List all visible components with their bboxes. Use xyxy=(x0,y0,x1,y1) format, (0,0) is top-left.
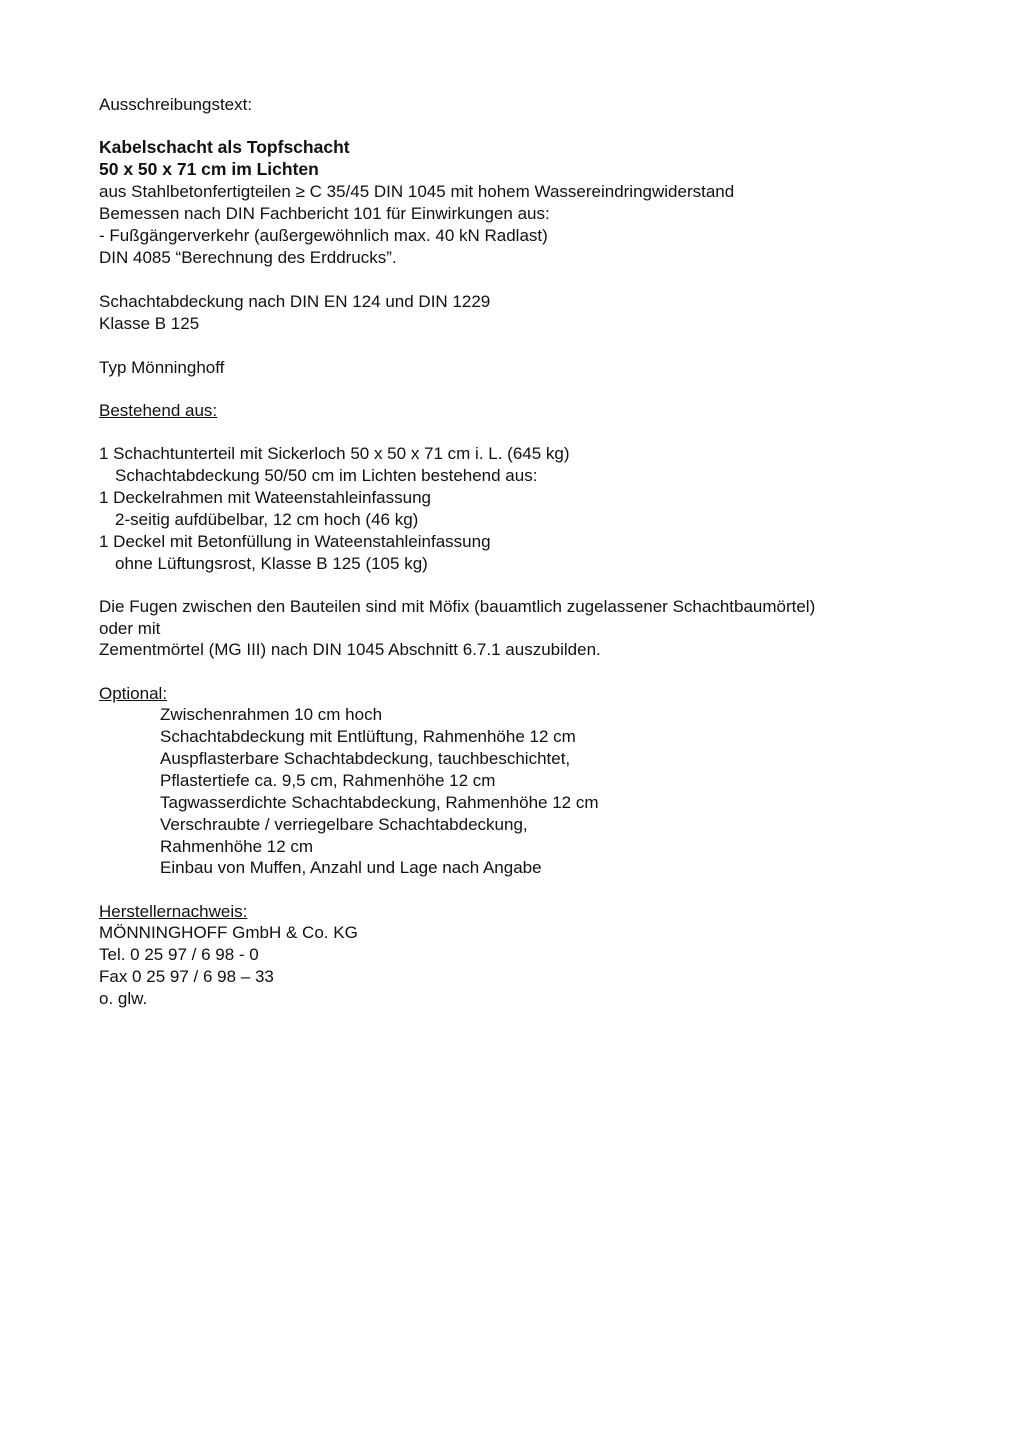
intro-label: Ausschreibungstext: xyxy=(99,94,252,115)
spec-line: aus Stahlbetonfertigteilen ≥ C 35/45 DIN… xyxy=(99,181,734,202)
cover-line: Schachtabdeckung nach DIN EN 124 und DIN… xyxy=(99,291,490,312)
component-line: Schachtabdeckung 50/50 cm im Lichten bes… xyxy=(115,465,537,486)
spec-line: Bemessen nach DIN Fachbericht 101 für Ei… xyxy=(99,203,550,224)
optional-item: Verschraubte / verriegelbare Schachtabde… xyxy=(160,814,528,835)
spec-line: DIN 4085 “Berechnung des Erddrucks”. xyxy=(99,247,397,268)
optional-heading: Optional: xyxy=(99,683,167,704)
joints-line: Die Fugen zwischen den Bauteilen sind mi… xyxy=(99,596,815,617)
joints-line: Zementmörtel (MG III) nach DIN 1045 Absc… xyxy=(99,639,601,660)
optional-item: Zwischenrahmen 10 cm hoch xyxy=(160,704,382,725)
cover-line: Klasse B 125 xyxy=(99,313,199,334)
manufacturer-fax: Fax 0 25 97 / 6 98 – 33 xyxy=(99,966,274,987)
manufacturer-heading: Herstellernachweis: xyxy=(99,901,247,922)
spec-line: - Fußgängerverkehr (außergewöhnlich max.… xyxy=(99,225,548,246)
optional-item: Pflastertiefe ca. 9,5 cm, Rahmenhöhe 12 … xyxy=(160,770,495,791)
document-subtitle: 50 x 50 x 71 cm im Lichten xyxy=(99,159,319,180)
components-heading: Bestehend aus: xyxy=(99,400,217,421)
equivalent-note: o. glw. xyxy=(99,988,147,1009)
optional-item: Einbau von Muffen, Anzahl und Lage nach … xyxy=(160,857,542,878)
optional-item: Rahmenhöhe 12 cm xyxy=(160,836,313,857)
component-line: 1 Deckelrahmen mit Wateenstahleinfassung xyxy=(99,487,431,508)
component-line: 2-seitig aufdübelbar, 12 cm hoch (46 kg) xyxy=(115,509,418,530)
joints-line: oder mit xyxy=(99,618,160,639)
manufacturer-name: MÖNNINGHOFF GmbH & Co. KG xyxy=(99,922,358,943)
component-line: 1 Schachtunterteil mit Sickerloch 50 x 5… xyxy=(99,443,570,464)
type-line: Typ Mönninghoff xyxy=(99,357,224,378)
optional-item: Schachtabdeckung mit Entlüftung, Rahmenh… xyxy=(160,726,576,747)
component-line: ohne Lüftungsrost, Klasse B 125 (105 kg) xyxy=(115,553,428,574)
component-line: 1 Deckel mit Betonfüllung in Wateenstahl… xyxy=(99,531,491,552)
document-title: Kabelschacht als Topfschacht xyxy=(99,137,350,158)
optional-item: Auspflasterbare Schachtabdeckung, tauchb… xyxy=(160,748,570,769)
manufacturer-phone: Tel. 0 25 97 / 6 98 - 0 xyxy=(99,944,259,965)
optional-item: Tagwasserdichte Schachtabdeckung, Rahmen… xyxy=(160,792,599,813)
